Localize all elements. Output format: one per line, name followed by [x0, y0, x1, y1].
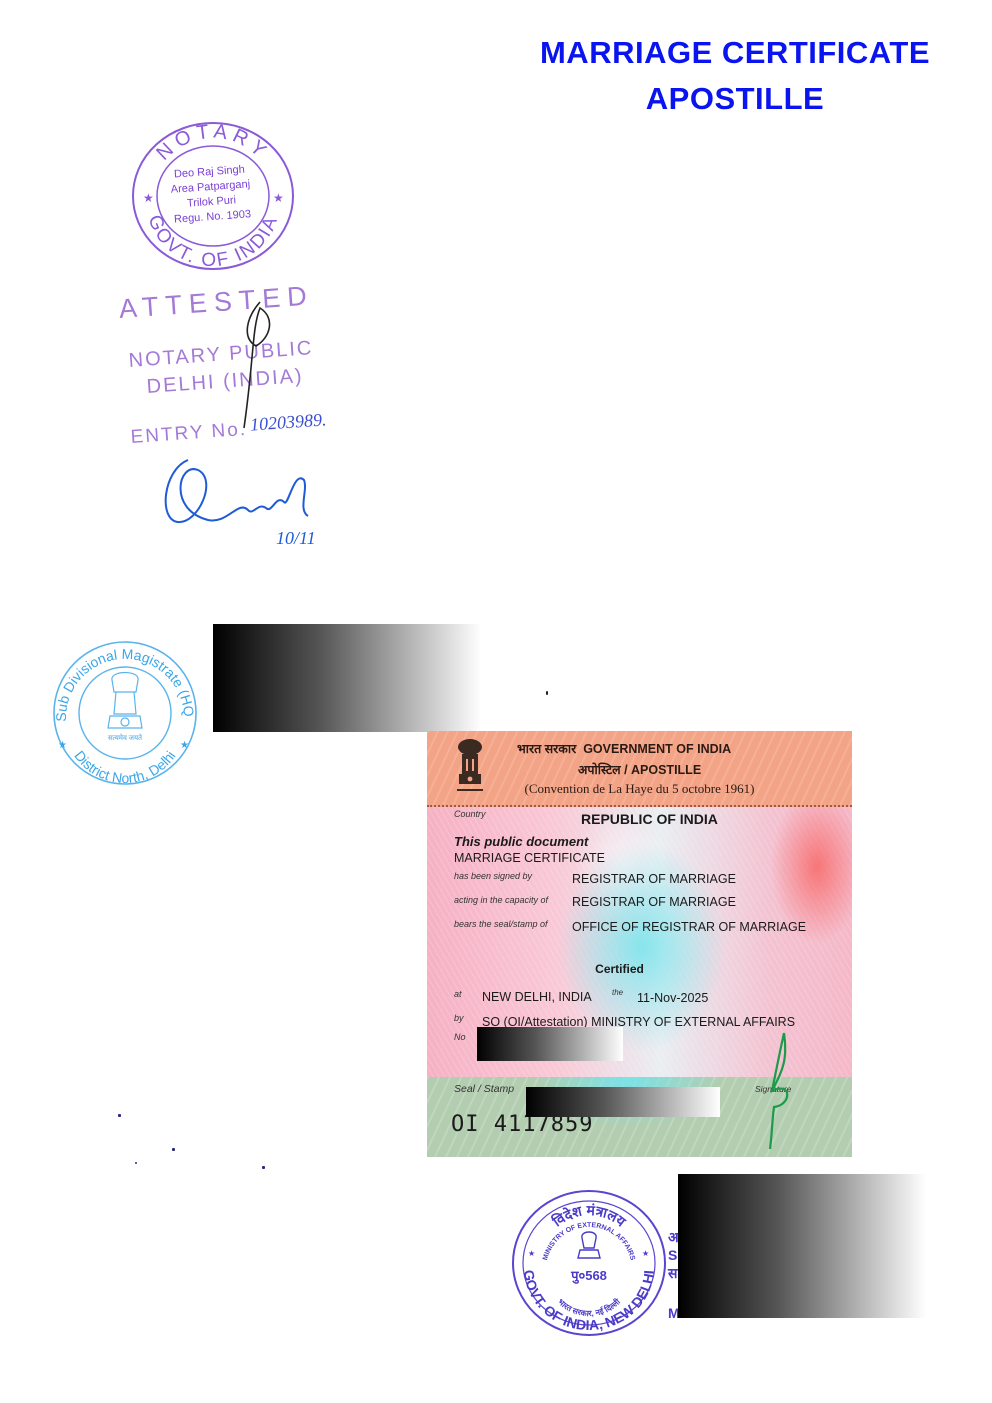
svg-text:Sub Divisional Magistrate (HQ): Sub Divisional Magistrate (HQ) — [52, 640, 197, 722]
svg-text:10/11: 10/11 — [276, 528, 316, 548]
ashoka-emblem-icon — [578, 1232, 600, 1258]
country-label: Country — [454, 809, 486, 819]
seal-of-value: OFFICE OF REGISTRAR OF MARRIAGE — [572, 920, 806, 934]
redaction-block — [213, 624, 481, 732]
star-icon: ★ — [642, 1249, 649, 1258]
official-signature — [762, 1031, 802, 1151]
apostille-header: भारत सरकार GOVERNMENT OF INDIA अपोस्टिल … — [427, 731, 852, 807]
svg-text:सत्यमेव जयते: सत्यमेव जयते — [108, 733, 143, 742]
capacity-value: REGISTRAR OF MARRIAGE — [572, 895, 736, 909]
ashoka-emblem-icon — [108, 673, 142, 729]
sdm-seal: Sub Divisional Magistrate (HQ) District … — [52, 640, 198, 786]
notary-top-arc: NOTARY — [152, 121, 273, 165]
document-title: MARRIAGE CERTIFICATE APOSTILLE — [490, 30, 980, 122]
svg-text:MINISTRY OF EXTERNAL AFFAIRS: MINISTRY OF EXTERNAL AFFAIRS — [542, 1222, 636, 1262]
scan-speck — [262, 1166, 265, 1169]
star-icon: ★ — [143, 191, 154, 205]
seal-stamp-label: Seal / Stamp — [454, 1083, 514, 1095]
initials-mark-icon — [226, 298, 286, 438]
title-line-1: MARRIAGE CERTIFICATE — [490, 30, 980, 76]
mea-seal: विदेश मंत्रालय MINISTRY OF EXTERNAL AFFA… — [510, 1188, 668, 1338]
the-label: the — [612, 988, 623, 997]
star-icon: ★ — [273, 191, 284, 205]
svg-text:District North, Delhi: District North, Delhi — [71, 747, 178, 786]
apostille-convention: (Convention de La Haye du 5 octobre 1961… — [427, 781, 852, 797]
scan-speck — [172, 1148, 175, 1151]
scan-speck — [118, 1114, 121, 1117]
seal-of-label: bears the seal/stamp of — [454, 919, 548, 929]
at-label: at — [454, 989, 462, 999]
notary-seal-details: Deo Raj Singh Area Patparganj Trilok Pur… — [154, 161, 268, 229]
scan-speck — [135, 1162, 137, 1164]
place-value: NEW DELHI, INDIA — [482, 990, 592, 1004]
signed-by-label: has been signed by — [454, 871, 532, 881]
apostille-government-heading: भारत सरकार GOVERNMENT OF INDIA — [517, 740, 731, 757]
svg-text:पु०568: पु०568 — [570, 1268, 607, 1284]
date-value: 11-Nov-2025 — [637, 991, 708, 1005]
star-icon: ★ — [180, 740, 189, 751]
redaction-block — [526, 1087, 720, 1117]
title-line-2: APOSTILLE — [490, 76, 980, 122]
public-document-label: This public document — [454, 834, 588, 849]
scan-speck — [546, 691, 548, 695]
by-label: by — [454, 1013, 464, 1023]
apostille-subtitle: अपोस्टिल / APOSTILLE — [427, 761, 852, 778]
country-value: REPUBLIC OF INDIA — [581, 811, 718, 827]
star-icon: ★ — [528, 1249, 535, 1258]
redaction-block — [678, 1174, 926, 1318]
number-label: No — [454, 1032, 466, 1042]
certified-heading: Certified — [427, 962, 812, 976]
signed-by-value: REGISTRAR OF MARRIAGE — [572, 872, 736, 886]
notary-signature: 10/11 — [158, 450, 348, 550]
document-type: MARRIAGE CERTIFICATE — [454, 851, 605, 865]
redaction-block — [477, 1027, 623, 1061]
star-icon: ★ — [58, 740, 67, 751]
capacity-label: acting in the capacity of — [454, 895, 548, 905]
